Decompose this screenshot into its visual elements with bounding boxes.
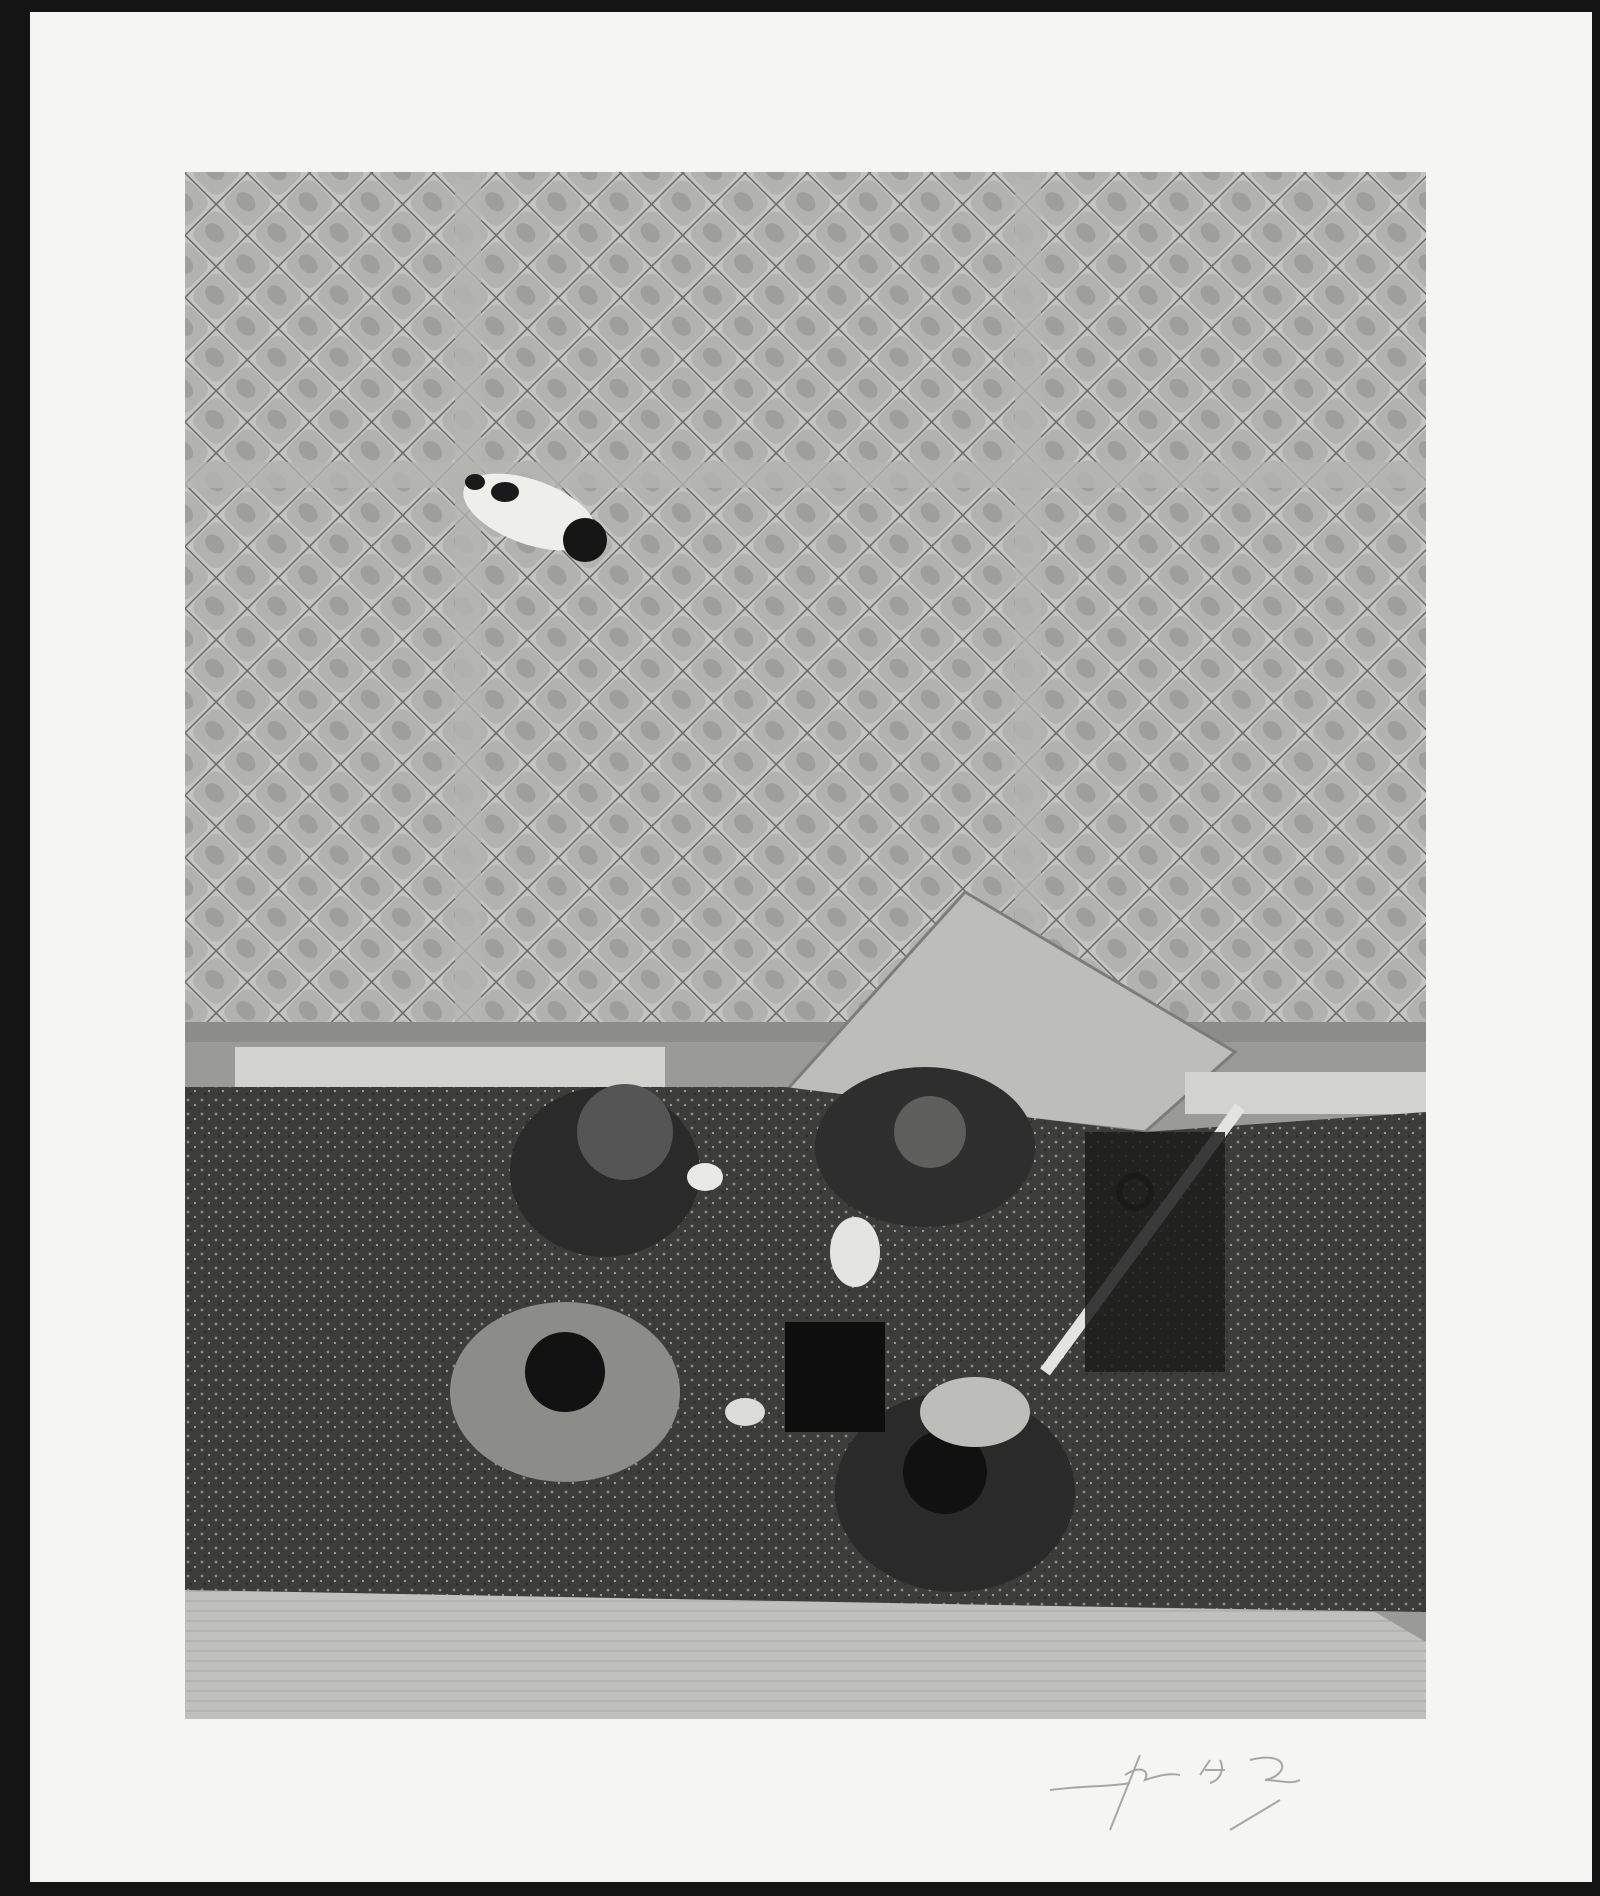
signature: Handwritten pencil signature [1050,1735,1350,1835]
cobblestone-plaza [185,172,1426,1042]
sidewalk [185,1590,1426,1719]
photograph [185,172,1426,1719]
